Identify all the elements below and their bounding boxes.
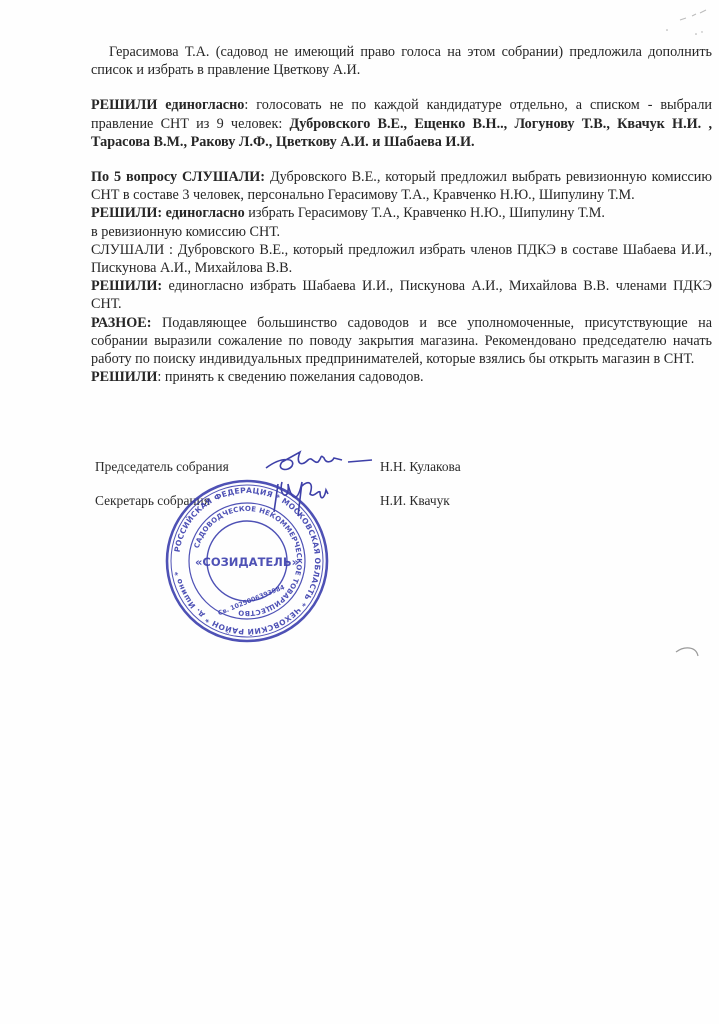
- paragraph-audit-decision-cont: в ревизионную комиссию СНТ.: [91, 223, 712, 241]
- paragraph-question-5: По 5 вопросу СЛУШАЛИ: Дубровского В.Е., …: [91, 168, 712, 204]
- chair-name: Н.Н. Кулакова: [380, 459, 461, 475]
- paragraph-board-decision: РЕШИЛИ единогласно: голосовать не по каж…: [91, 96, 712, 151]
- decision-label: РЕШИЛИ единогласно: [91, 97, 244, 113]
- pdke-decision-label: РЕШИЛИ:: [91, 278, 162, 294]
- paragraph-audit-decision: РЕШИЛИ: единогласно избрать Герасимову Т…: [91, 204, 712, 222]
- protocol-body: Герасимова Т.А. (садовод не имеющий прав…: [91, 43, 712, 386]
- document-page: Герасимова Т.А. (садовод не имеющий прав…: [0, 0, 719, 1024]
- question-5-label: По 5 вопросу СЛУШАЛИ:: [91, 169, 265, 185]
- paragraph-misc: РАЗНОЕ: Подавляющее большинство садоводо…: [91, 314, 712, 369]
- chair-role: Председатель собрания: [95, 459, 229, 475]
- scan-artifact-bottom-right: [674, 644, 704, 679]
- pdke-decision-text: единогласно избрать Шабаева И.И., Пискун…: [91, 278, 712, 312]
- stamp-center-text: «СОЗИДАТЕЛЬ»: [195, 555, 299, 569]
- audit-decision-label: РЕШИЛИ: единогласно: [91, 205, 245, 221]
- audit-decision-text: избрать Герасимову Т.А., Кравченко Н.Ю.,…: [245, 205, 605, 221]
- misc-label: РАЗНОЕ:: [91, 315, 152, 331]
- misc-text: Подавляющее большинство садоводов и все …: [91, 315, 712, 367]
- final-decision-text: : принять к сведению пожелания садоводов…: [157, 369, 423, 385]
- paragraph-final-decision: РЕШИЛИ: принять к сведению пожелания сад…: [91, 368, 712, 386]
- secretary-signature: [268, 472, 338, 527]
- secretary-name: Н.И. Квачук: [380, 493, 450, 509]
- paragraph-pdke-hearing: СЛУШАЛИ : Дубровского В.Е., который пред…: [91, 241, 712, 277]
- paragraph-pdke-decision: РЕШИЛИ: единогласно избрать Шабаева И.И.…: [91, 277, 712, 313]
- final-decision-label: РЕШИЛИ: [91, 369, 157, 385]
- paragraph-gerasimova-proposal: Герасимова Т.А. (садовод не имеющий прав…: [91, 43, 712, 79]
